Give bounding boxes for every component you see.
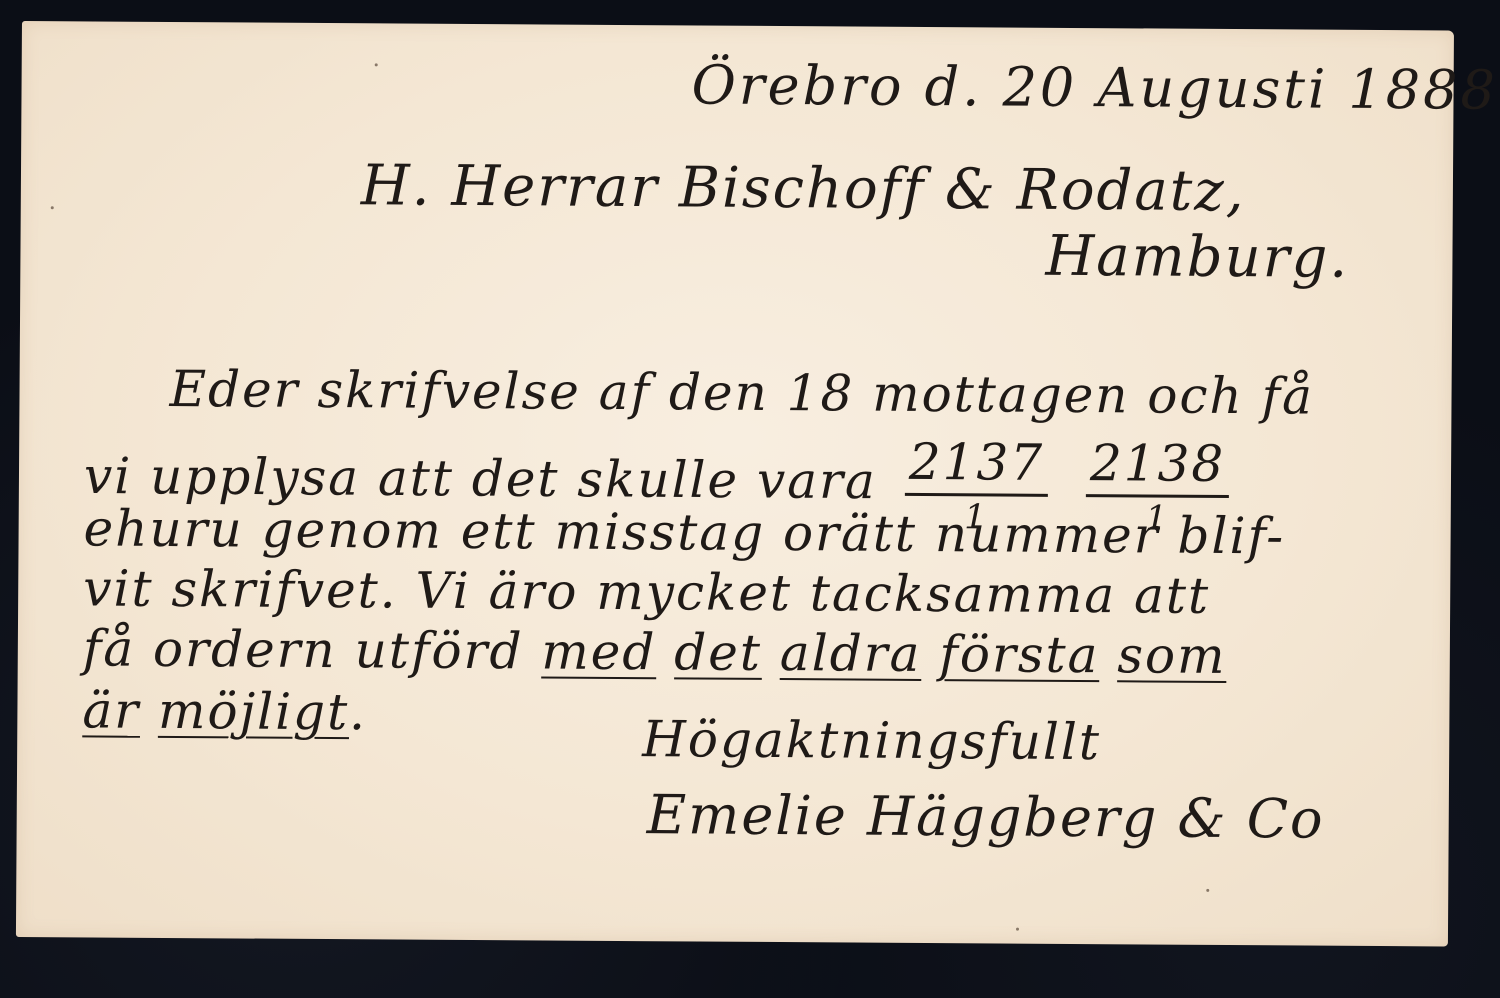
underlined-word: möjligt	[158, 682, 349, 741]
recipient-name: H. Herrar Bischoff & Rodatz,	[361, 153, 1246, 224]
underlined-word: med	[541, 622, 656, 681]
body-line-1: Eder skrifvelse af den 18 mottagen och f…	[169, 360, 1314, 426]
paper-speck	[1016, 928, 1019, 931]
underlined-word: första	[939, 625, 1099, 684]
recipient-city: Hamburg.	[1045, 224, 1349, 291]
body-line-5: få ordern utförd med det aldra första so…	[83, 619, 1227, 685]
underlined-word: som	[1117, 626, 1227, 685]
body-line-6: är möjligt.	[82, 681, 367, 741]
dateline: Örebro d. 20 Augusti 1888.	[691, 53, 1500, 121]
body-line-3: ehuru genom ett misstag orätt nummer bli…	[83, 499, 1285, 565]
paper-speck	[375, 63, 378, 66]
body-line-4: vit skrifvet. Vi äro mycket tacksamma at…	[83, 559, 1210, 624]
underlined-word: aldra	[780, 624, 922, 683]
closing: Högaktningsfullt	[642, 710, 1101, 771]
paper-speck	[51, 206, 54, 209]
signature: Emelie Häggberg & Co	[647, 783, 1325, 850]
underlined-word: det	[674, 623, 762, 682]
fraction-numerator: 2138	[1086, 438, 1230, 498]
period: .	[349, 683, 367, 741]
body-line-5-text: få ordern utförd	[83, 619, 524, 680]
fraction-numerator: 2137	[905, 437, 1049, 497]
postcard: Örebro d. 20 Augusti 1888. H. Herrar Bis…	[16, 21, 1454, 946]
underlined-word: är	[82, 681, 140, 739]
paper-speck	[1206, 889, 1209, 892]
